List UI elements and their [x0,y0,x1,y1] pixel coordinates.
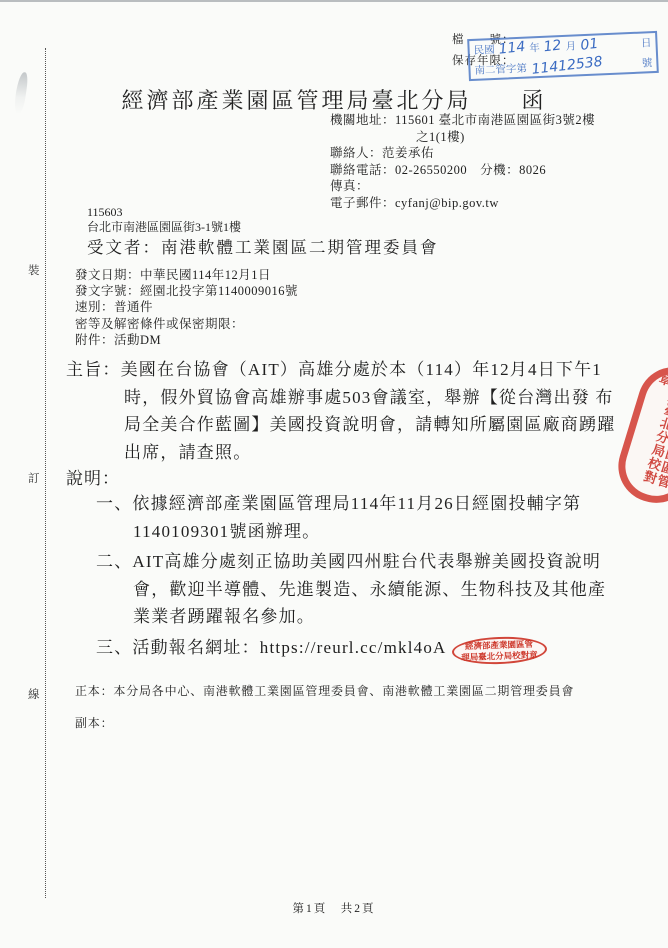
stamp-month-unit: 月 [565,38,576,53]
binding-dotted-line [45,48,46,898]
stamp-year-handwritten: 114 [498,39,526,58]
description-item-2: 二、AIT高雄分處刻正協助美國四州駐台代表舉辦美國投資說明會，歡迎半導體、先進製… [96,548,620,631]
stamp-serial-prefix: 南二管字第 [474,61,527,78]
cc-recipients: 副本： [75,715,615,731]
recipient-address: 台北市南港區園區街3-1號1樓 [87,220,439,235]
stamp-serial-unit: 號 [642,55,653,70]
distribution-block: 正本：本分局各中心、南港軟體工業園區管理委員會、南港軟體工業園區二期管理委員會 … [75,683,615,731]
speed-class: 速別：普通件 [75,299,298,315]
item-1-text: 依據經濟部產業園區管理局114年11月26日經園投輔字第1140109301號函… [132,494,581,541]
scanned-official-letter-page: 檔 號： 保存年限： 民國 114 年 12 月 01 日 南二管字第 1141… [0,0,668,948]
red-edge-seal-stamp: 經濟部產業園區管理局臺北分局校對章 [609,358,668,512]
binding-char-ding: 訂 [28,470,40,486]
stamp-era-label: 民國 [473,42,495,58]
document-title: 經濟部產業園區管理局臺北分局 函 [0,84,668,115]
subject-paragraph: 主旨：美國在台協會（AIT）高雄分處於本（114）年12月4日下午1時，假外貿協… [66,356,618,466]
recipient-zip: 115603 [87,205,439,220]
description-item-1: 一、依據經濟部產業園區管理局114年11月26日經園投輔字第1140109301… [96,490,620,545]
agency-contact-block: 機關地址：115601 臺北市南港區園區街3號2樓 之1(1樓) 聯絡人：范姜承… [330,112,595,211]
blue-receipt-date-stamp: 民國 114 年 12 月 01 日 南二管字第 11412538 號 [467,31,659,81]
page-number-footer: 第1頁 共2頁 [0,900,668,916]
security-class: 密等及解密條件或保密期限： [75,316,298,332]
agency-fax: 傳真： [330,178,595,195]
item-2-number: 二、 [96,552,132,571]
scan-edge-artifact [0,0,668,2]
stamp-day-unit: 日 [641,35,652,50]
stamp-year-unit: 年 [529,40,540,55]
document-metadata-block: 發文日期：中華民國114年12月1日 發文字號：經園北投字第1140009016… [75,267,298,348]
original-recipients: 正本：本分局各中心、南港軟體工業園區管理委員會、南港軟體工業園區二期管理委員會 [75,683,615,699]
subject-text: 美國在台協會（AIT）高雄分處於本（114）年12月4日下午1時，假外貿協會高雄… [121,360,616,462]
stamp-day-handwritten: 01 [579,36,599,54]
binding-char-zhuang: 裝 [28,262,40,278]
issue-number: 發文字號：經園北投字第1140009016號 [75,283,298,299]
item-3-text-with-url: 活動報名網址：https://reurl.cc/mkl4oA [132,638,446,657]
subject-label: 主旨： [66,360,121,379]
agency-phone: 聯絡電話：02-26550200 分機：8026 [330,162,595,179]
recipient-block: 115603 台北市南港區園區街3-1號1樓 受文者：南港軟體工業園區二期管理委… [87,205,439,259]
recipient-to-line: 受文者：南港軟體工業園區二期管理委員會 [87,237,439,259]
description-label: 說明： [66,464,120,489]
binding-char-xian: 線 [28,686,40,702]
edge-seal-text: 經濟部產業園區管理局臺北分局校對章 [625,371,668,498]
agency-address-line1: 機關地址：115601 臺北市南港區園區街3號2樓 [330,112,595,129]
item-2-text: AIT高雄分處刻正協助美國四州駐台代表舉辦美國投資說明會，歡迎半導體、先進製造、… [132,552,606,626]
description-item-3: 三、活動報名網址：https://reurl.cc/mkl4oA經濟部產業園區管… [96,634,620,665]
red-proofreading-stamp: 經濟部產業園區管理局臺北分局校對章 [451,635,546,665]
agency-address-line2: 之1(1樓) [330,129,595,146]
item-3-number: 三、 [96,638,132,657]
agency-contact-person: 聯絡人：范姜承佑 [330,145,595,162]
description-items: 一、依據經濟部產業園區管理局114年11月26日經園投輔字第1140109301… [96,490,620,664]
attachment-note: 附件：活動DM [75,332,298,348]
issue-date: 發文日期：中華民國114年12月1日 [75,267,298,283]
item-1-number: 一、 [96,494,132,513]
stamp-month-handwritten: 12 [543,37,563,55]
proof-stamp-line2: 理局臺北分局校對章 [461,649,538,662]
